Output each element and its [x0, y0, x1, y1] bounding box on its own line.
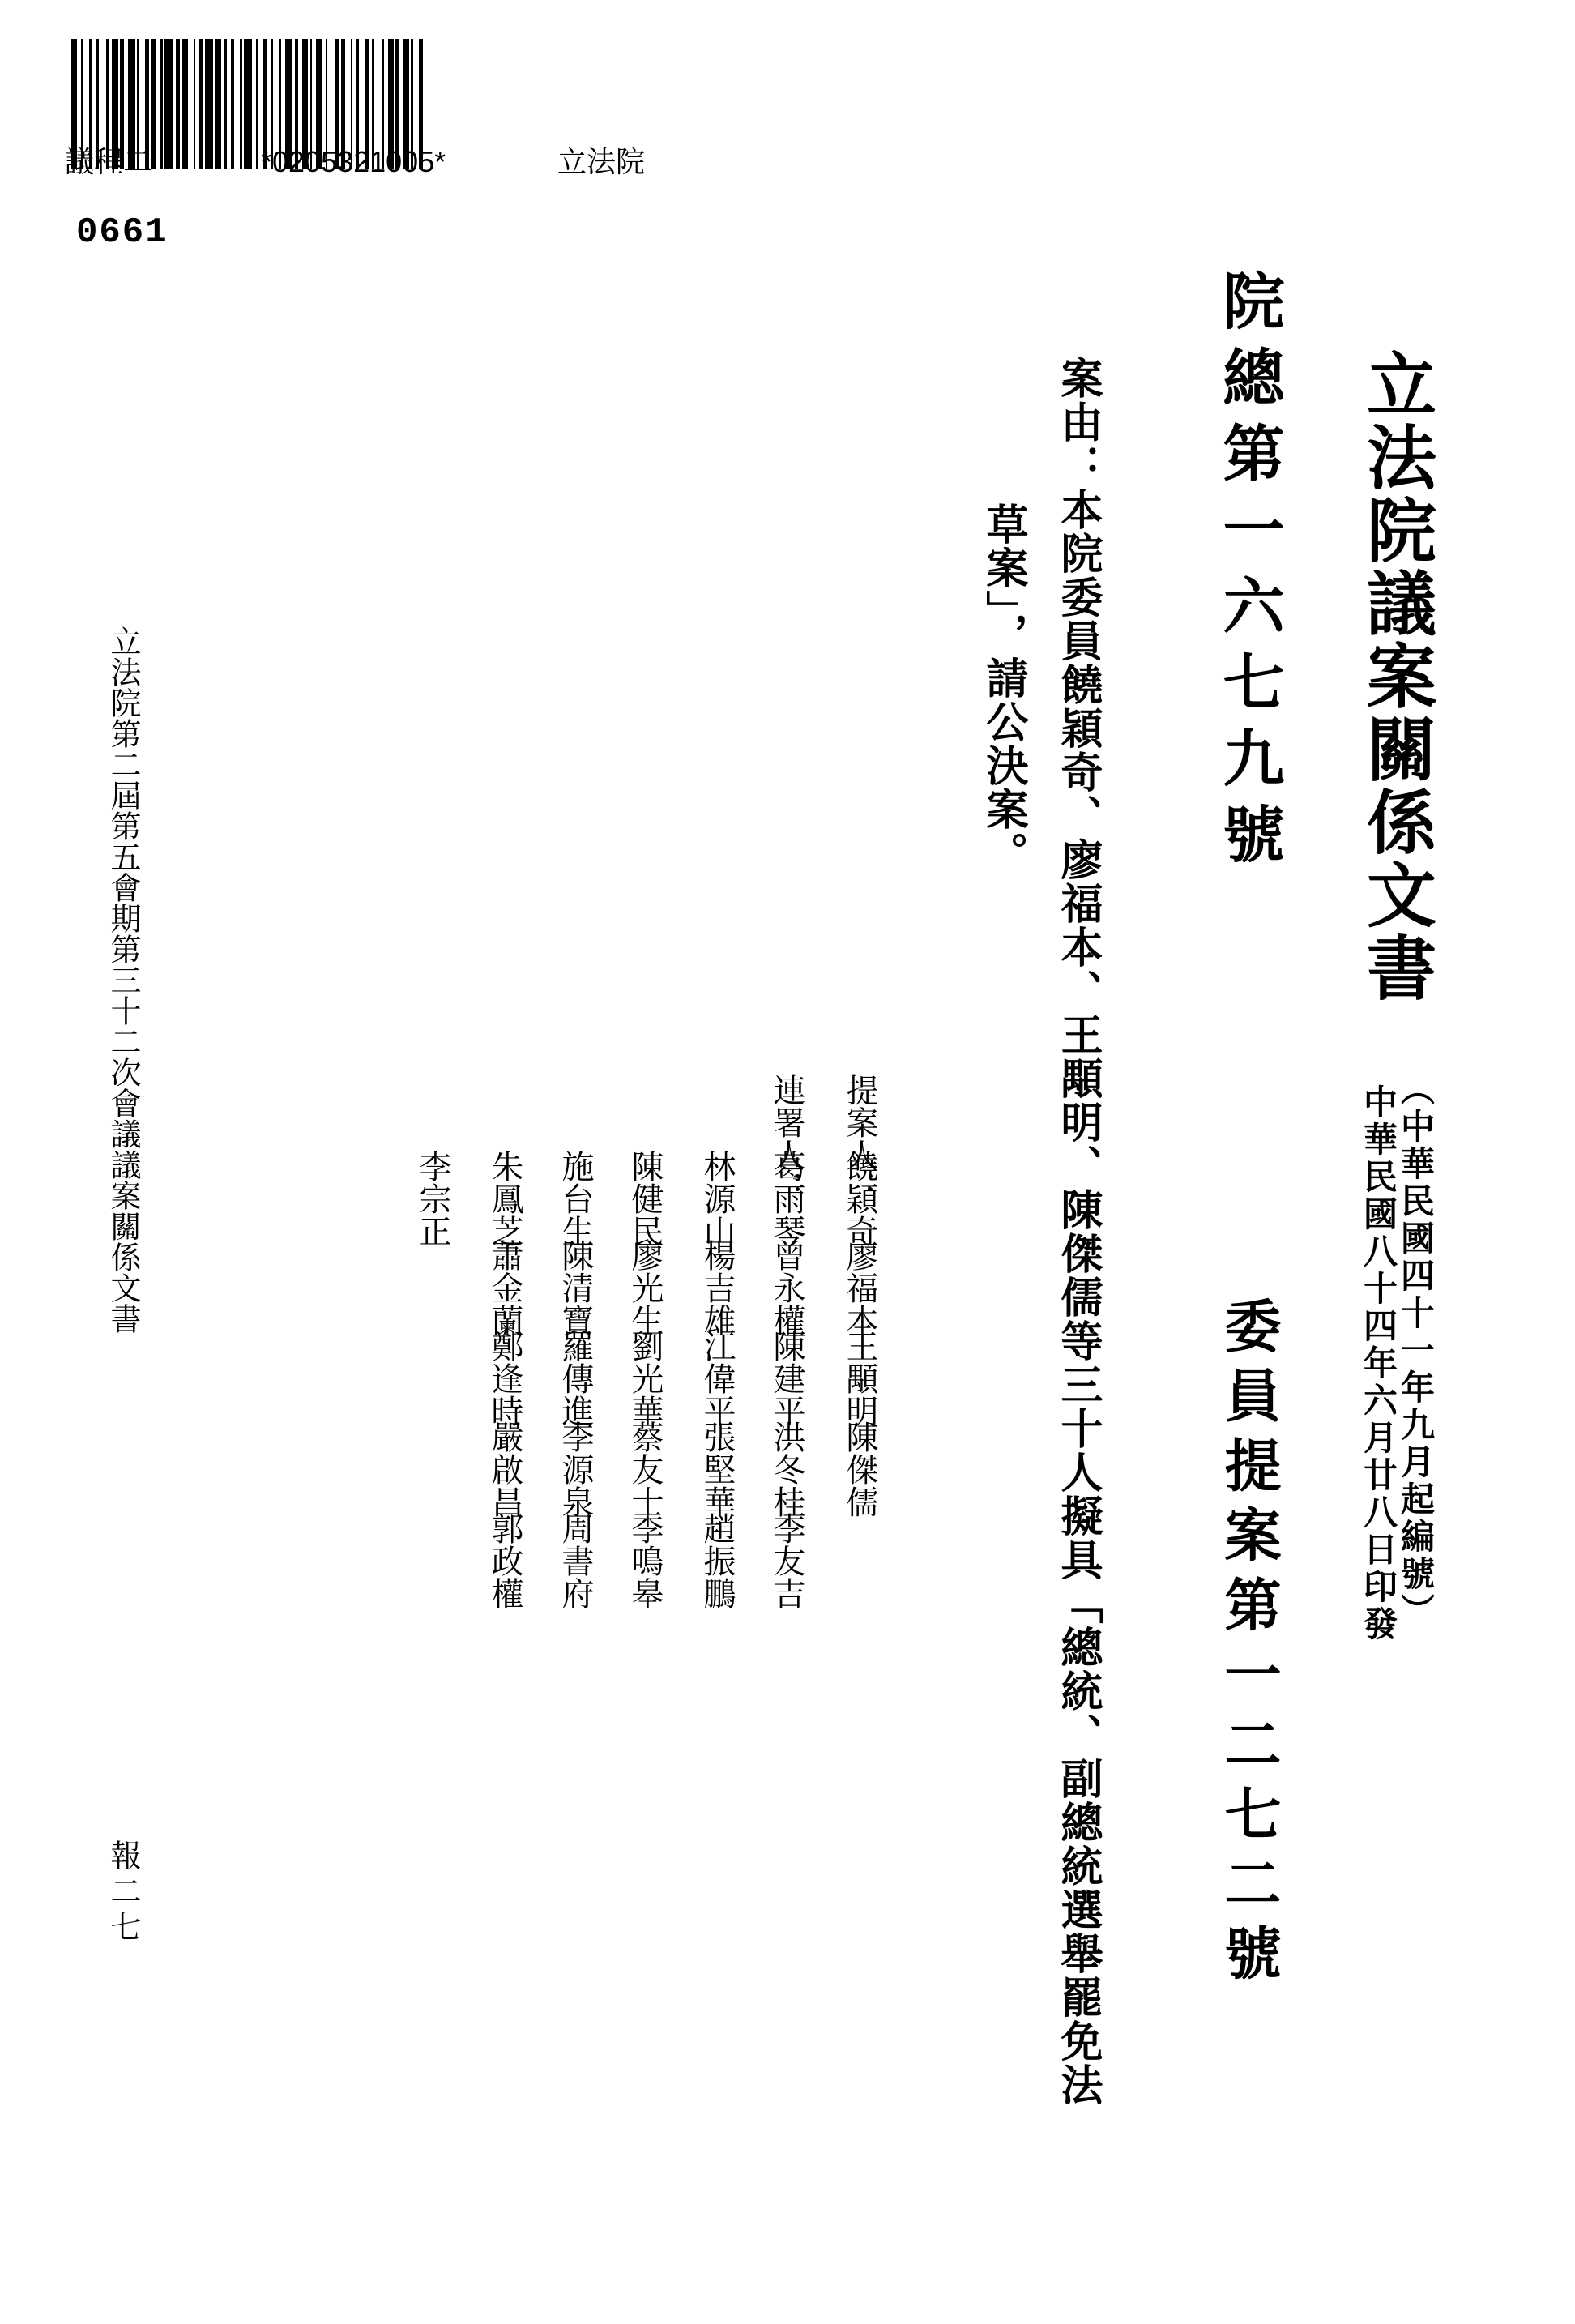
cosigner-name: 朱鳳芝	[486, 1150, 523, 1247]
proposer-name: 陳傑儒	[841, 1420, 878, 1518]
cosigner-name: 李源泉	[557, 1420, 594, 1518]
proposer-name: 饒穎奇	[841, 1150, 878, 1247]
cosigner-name: 趙振鵬	[698, 1512, 736, 1609]
cosigner-name: 施台生	[557, 1150, 594, 1247]
barcode-left-label: 議程二	[65, 146, 152, 178]
cosigner-name: 蕭金蘭	[486, 1239, 523, 1336]
cosigner-name: 廖光生	[626, 1239, 664, 1336]
proposer-name: 王顒明	[841, 1330, 878, 1427]
case-reason-line2: 草案」，請公決案。	[979, 502, 1027, 875]
cosigner-name: 陳清寶	[557, 1239, 594, 1336]
session-footer: 立法院第二屆第五會期第三十二次會議議案關係文書	[105, 626, 141, 1334]
cosigner-name: 李鳴皋	[626, 1512, 664, 1609]
cosigner-name: 嚴啟昌	[486, 1420, 523, 1518]
cosigner-name: 楊吉雄	[698, 1239, 736, 1336]
cosigner-name: 江偉平	[698, 1330, 736, 1427]
barcode-right-label: 立法院	[557, 146, 645, 178]
barcode-number: *0205321005*	[261, 146, 446, 178]
cosigner-name: 洪冬桂	[768, 1420, 805, 1518]
cosigner-name: 葛雨琴	[768, 1150, 805, 1247]
cosigner-name: 曾永權	[768, 1239, 805, 1336]
cosigner-name: 李友吉	[768, 1512, 805, 1609]
cosigner-name: 張堅華	[698, 1420, 736, 1518]
cosigner-name: 劉光華	[626, 1330, 664, 1427]
serial-sub: 委員提案第一二七二號	[1212, 1297, 1285, 1993]
page-label: 報二七	[105, 1839, 141, 1946]
page-code: 0661	[76, 212, 169, 253]
cosigner-name: 李宗正	[414, 1150, 451, 1247]
numbering-note: （中華民國四十一年九月起編號）	[1397, 1071, 1434, 1630]
cosigner-name: 周書府	[557, 1512, 594, 1609]
cosigner-name: 鄭逢時	[486, 1330, 523, 1427]
cosigner-name: 蔡友士	[626, 1420, 664, 1518]
cosigner-name: 林源山	[698, 1150, 736, 1247]
serial-main: 院總第一六七九號	[1212, 269, 1285, 878]
cosigner-name: 陳健民	[626, 1150, 664, 1247]
cosigner-name: 郭政權	[486, 1512, 523, 1609]
print-date: 中華民國八十四年六月廿八日印發	[1359, 1084, 1397, 1643]
document-title: 立法院議案關係文書	[1355, 348, 1436, 1005]
case-reason-line1: 案由：本院委員饒穎奇、廖福本、王顒明、陳傑儒等三十人擬具「總統、副總統選舉罷免法	[1053, 357, 1102, 2107]
cosigner-name: 陳建平	[768, 1330, 805, 1427]
proposer-name: 廖福本	[841, 1239, 878, 1336]
cosigner-name: 羅傳進	[557, 1330, 594, 1427]
